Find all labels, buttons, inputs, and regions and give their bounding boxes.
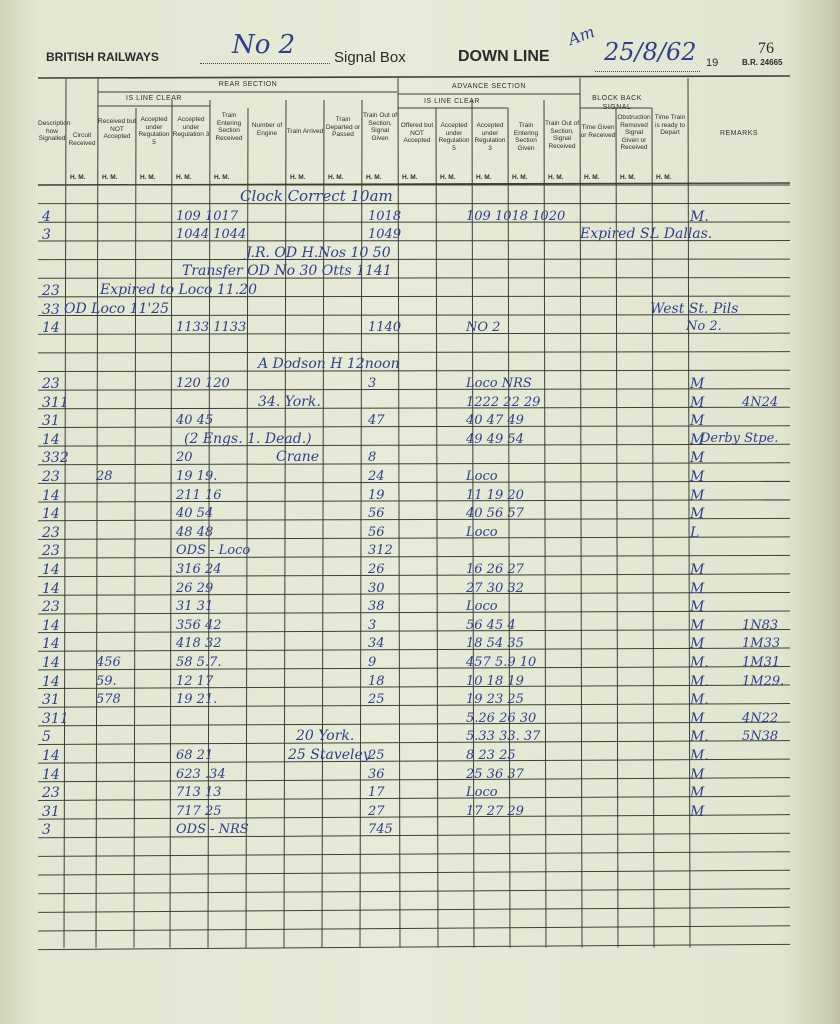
row-train-out-of-section: 47 — [368, 413, 385, 428]
hm-label: H. M. — [656, 174, 672, 181]
row-description: 14 — [42, 636, 60, 652]
row-accepted-times: 356 42 — [176, 618, 222, 633]
row-advance-times: 18 54 35 — [466, 636, 524, 651]
row-description: 14 — [42, 562, 60, 578]
row-advance-times: 27 30 32 — [466, 581, 524, 596]
row-remark-mark: M — [690, 562, 704, 578]
hm-label: H. M. — [366, 174, 382, 181]
row-remark-mark: M — [690, 599, 704, 615]
row-remark-mark: M — [690, 618, 704, 634]
row-remark-mark: M — [690, 785, 704, 801]
row-advance-times: Loco — [466, 525, 498, 540]
row-remark-mark: M. — [690, 674, 709, 690]
row-remark-mark: M — [690, 804, 704, 820]
row-accepted-times: 418 32 — [176, 636, 222, 651]
row-description: 23 — [42, 599, 60, 615]
column-header-11: Offered but NOT Accepted — [398, 122, 436, 145]
row-remark: 4N24 — [742, 395, 778, 410]
ledger-grid — [0, 0, 840, 1024]
column-header-14: Train Entering Section Given — [508, 122, 544, 152]
column-header-13: Accepted under Regulation 3 — [472, 122, 508, 152]
row-advance-times: Loco — [466, 785, 498, 800]
row-advance-times: Loco — [466, 469, 498, 484]
row-description: 3 — [42, 227, 51, 243]
hm-label: H. M. — [440, 174, 456, 181]
row-train-out-of-section: 1140 — [368, 320, 401, 335]
row-remark-mark: M — [690, 376, 704, 392]
handwritten-note: Derby Stpe. — [700, 431, 778, 446]
row-advance-times: 8 23 25 — [466, 748, 516, 763]
handwritten-note: A Dodson H 12noon — [258, 356, 400, 372]
handwritten-note: No 2. — [686, 319, 722, 334]
row-accepted-times: 1044 1044 — [176, 227, 246, 242]
handwritten-note: J.R. OD H.Nos 10 50 — [246, 245, 391, 261]
column-header-4: Accepted under Regulation 5 — [136, 116, 172, 146]
row-advance-times: 56 45 4 — [466, 618, 516, 633]
column-header-18: Time Train is ready to Depart — [652, 114, 688, 137]
handwritten-note: L Dallas. — [650, 226, 712, 242]
row-description: 23 — [42, 543, 60, 559]
row-train-out-of-section: 18 — [368, 674, 385, 689]
row-advance-times: 109 1018 1020 — [466, 209, 565, 224]
row-description: 311 — [42, 395, 69, 411]
row-remark: 5N38 — [742, 729, 778, 744]
handwritten-note: West St. Pils — [650, 301, 738, 317]
handwritten-note: Expired S. — [580, 226, 654, 242]
row-accepted-times: 19 19. — [176, 469, 217, 484]
row-train-out-of-section: 9 — [368, 655, 376, 670]
row-description: 14 — [42, 618, 60, 634]
row-accepted-times: 31 31 — [176, 599, 213, 614]
row-description: 23 — [42, 785, 60, 801]
row-accepted-times: 713 13 — [176, 785, 222, 800]
hm-label: H. M. — [102, 174, 118, 181]
row-description: 3 — [42, 822, 51, 838]
hm-label: H. M. — [512, 174, 528, 181]
signal-box-register-page: BRITISH RAILWAYS No 2 Signal Box DOWN LI… — [0, 0, 840, 1024]
row-train-out-of-section: 26 — [368, 562, 385, 577]
column-header-5: Accepted under Regulation 3 — [172, 116, 210, 139]
hm-label: H. M. — [620, 174, 636, 181]
row-remark-mark: M — [690, 413, 704, 429]
hm-label: H. M. — [140, 174, 156, 181]
row-remark-mark: M — [690, 636, 704, 652]
row-description: 14 — [42, 432, 60, 448]
handwritten-note: OD Loco 11'25 — [64, 301, 169, 317]
row-train-out-of-section: 27 — [368, 804, 385, 819]
row-remark-mark: M — [690, 395, 704, 411]
row-accepted-times: 26 29 — [176, 581, 213, 596]
row-accepted-times: 20 — [176, 450, 193, 465]
column-header-17: Obstruction Removed Signal Given or Rece… — [616, 114, 652, 152]
block-back-heading: BLOCK BACK SIGNAL — [582, 94, 652, 112]
handwritten-note: Crane — [276, 449, 319, 465]
row-train-out-of-section: 8 — [368, 450, 376, 465]
row-accepted-times: 316 24 — [176, 562, 222, 577]
advance-section-heading: ADVANCE SECTION — [398, 83, 580, 90]
row-advance-times: 11 19 20 — [466, 488, 524, 503]
advance-is-line-clear-heading: IS LINE CLEAR — [398, 98, 506, 105]
hm-label: H. M. — [402, 174, 418, 181]
row-description: 31 — [42, 413, 60, 429]
row-train-out-of-section: 312 — [368, 543, 393, 558]
handwritten-note: Expired to Loco 11.20 — [100, 282, 257, 298]
column-header-16: Time Given or Received — [580, 124, 616, 139]
column-header-1: Description how Signalled — [38, 120, 66, 143]
row-advance-times: 10 18 19 — [466, 674, 524, 689]
row-advance-times: 40 47 49 — [466, 413, 524, 428]
row-advance-times: 19 23 25 — [466, 692, 524, 707]
row-remark-mark: M. — [690, 729, 709, 745]
row-train-out-of-section: 56 — [368, 506, 385, 521]
row-train-out-of-section: 25 — [368, 692, 385, 707]
handwritten-note: 34. York. — [258, 394, 321, 410]
row-train-out-of-section: 34 — [368, 636, 385, 651]
row-train-out-of-section: 38 — [368, 599, 385, 614]
row-advance-times: 5.33 33. 37 — [466, 729, 540, 744]
row-description: 14 — [42, 320, 60, 336]
row-advance-times: 25 36 37 — [466, 767, 524, 782]
row-description: 14 — [42, 674, 60, 690]
row-advance-times: 17 27 29 — [466, 804, 524, 819]
row-remark-mark: M — [690, 469, 704, 485]
row-accepted-times: 623 .34 — [176, 767, 226, 782]
row-train-out-of-section: 19 — [368, 488, 385, 503]
row-accepted-times: 1133 1133 — [176, 320, 246, 335]
row-remark-mark: M — [690, 488, 704, 504]
row-accepted-times: 12 17 — [176, 674, 213, 689]
hm-label: H. M. — [548, 174, 564, 181]
row-description: 23 — [42, 525, 60, 541]
column-header-12: Accepted under Regulation 5 — [436, 122, 472, 152]
column-header-15: Train Out of Section, Signal Received — [544, 120, 580, 150]
row-accepted-times: 109 1017 — [176, 209, 238, 224]
row-advance-times: 457 5.9 10 — [466, 655, 536, 670]
hm-label: H. M. — [176, 174, 192, 181]
row-accepted-times: ODS - Loco — [176, 543, 250, 558]
row-train-out-of-section: 1018 — [368, 209, 401, 224]
rear-section-heading: REAR SECTION — [100, 81, 396, 88]
row-circuit-received: 456 — [96, 655, 121, 670]
row-circuit-received: 59. — [96, 674, 117, 689]
handwritten-note: 20 York. — [296, 728, 354, 744]
row-description: 311 — [42, 711, 69, 727]
row-remark: 1M33 — [742, 636, 780, 651]
row-advance-times: 40 56 57 — [466, 506, 524, 521]
row-advance-times: Loco — [466, 599, 498, 614]
row-remark: 4N22 — [742, 711, 778, 726]
row-accepted-times: 211 16 — [176, 488, 222, 503]
row-remark-mark: M — [690, 506, 704, 522]
column-header-8: Train Arrived — [286, 128, 324, 136]
row-train-out-of-section: 56 — [368, 525, 385, 540]
row-train-out-of-section: 3 — [368, 376, 376, 391]
row-remark: 1M29. — [742, 674, 784, 689]
row-description: 14 — [42, 655, 60, 671]
row-description: 23 — [42, 469, 60, 485]
row-description: 4 — [42, 209, 51, 225]
column-header-10: Train Out of Section, Signal Given — [362, 112, 398, 142]
column-header-7: Number of Engine — [248, 122, 286, 137]
row-circuit-received: 578 — [96, 692, 121, 707]
row-remark: 1N83 — [742, 618, 778, 633]
hm-label: H. M. — [476, 174, 492, 181]
hm-label: H. M. — [328, 174, 344, 181]
hm-label: H. M. — [70, 174, 86, 181]
row-train-out-of-section: 24 — [368, 469, 385, 484]
row-accepted-times: ODS - NRS — [176, 822, 249, 837]
row-advance-times: 16 26 27 — [466, 562, 524, 577]
row-accepted-times: 58 5.7. — [176, 655, 221, 670]
row-description: 5 — [42, 729, 51, 745]
row-description: 23 — [42, 283, 60, 299]
row-description: 31 — [42, 692, 60, 708]
row-remark-mark: M — [690, 581, 704, 597]
row-remark-mark: M. — [690, 655, 709, 671]
row-advance-times: 49 49 54 — [466, 432, 524, 447]
row-description: 14 — [42, 506, 60, 522]
row-advance-times: Loco NRS — [466, 376, 532, 391]
rear-is-line-clear-heading: IS LINE CLEAR — [100, 95, 208, 102]
row-accepted-times: 120 120 — [176, 376, 230, 391]
row-accepted-times: 19 21. — [176, 692, 217, 707]
row-remark-mark: M — [690, 711, 704, 727]
handwritten-note: Clock Correct 10am — [240, 187, 393, 205]
row-description: 14 — [42, 767, 60, 783]
row-description: 14 — [42, 488, 60, 504]
hm-label: H. M. — [214, 174, 230, 181]
row-description: 23 — [42, 376, 60, 392]
row-remark-mark: M — [690, 450, 704, 466]
row-description: 14 — [42, 748, 60, 764]
row-advance-times: NO 2 — [466, 320, 500, 335]
column-header-2: Circuit Received — [66, 132, 98, 147]
row-train-out-of-section: 30 — [368, 581, 385, 596]
row-train-out-of-section: 17 — [368, 785, 385, 800]
handwritten-note: (2 Engs. 1. Dead.) — [184, 431, 312, 447]
handwritten-note: 25 Staveley — [288, 747, 371, 763]
row-remark: 1M31 — [742, 655, 780, 670]
row-remark-mark: M. — [690, 692, 709, 708]
row-accepted-times: 68 21 — [176, 748, 213, 763]
row-accepted-times: 40 54 — [176, 506, 213, 521]
row-advance-times: 1222 22 29 — [466, 395, 540, 410]
row-circuit-received: 28 — [96, 469, 113, 484]
row-train-out-of-section: 3 — [368, 618, 376, 633]
handwritten-note: Transfer OD No 30 Otts 1141 — [182, 263, 392, 279]
row-remark-mark: L — [690, 525, 699, 541]
hm-label: H. M. — [584, 174, 600, 181]
row-accepted-times: 717 25 — [176, 804, 222, 819]
row-train-out-of-section: 745 — [368, 822, 393, 837]
row-remark-mark: M. — [690, 209, 709, 225]
row-remark-mark: M — [690, 767, 704, 783]
column-header-6: Train Entering Section Received — [210, 112, 248, 142]
row-description: 33 — [42, 302, 60, 318]
row-advance-times: 5.26 26 30 — [466, 711, 536, 726]
row-accepted-times: 48 48 — [176, 525, 213, 540]
hm-label: H. M. — [290, 174, 306, 181]
row-train-out-of-section: 1049 — [368, 227, 401, 242]
row-description: 332 — [42, 450, 69, 466]
row-description: 14 — [42, 581, 60, 597]
column-header-9: Train Departed or Passed — [324, 116, 362, 139]
column-header-19: REMARKS — [688, 130, 790, 138]
row-accepted-times: 40 45 — [176, 413, 213, 428]
column-header-3: Received but NOT Accepted — [98, 118, 136, 141]
row-train-out-of-section: 36 — [368, 767, 385, 782]
row-description: 31 — [42, 804, 60, 820]
row-remark-mark: M. — [690, 748, 709, 764]
